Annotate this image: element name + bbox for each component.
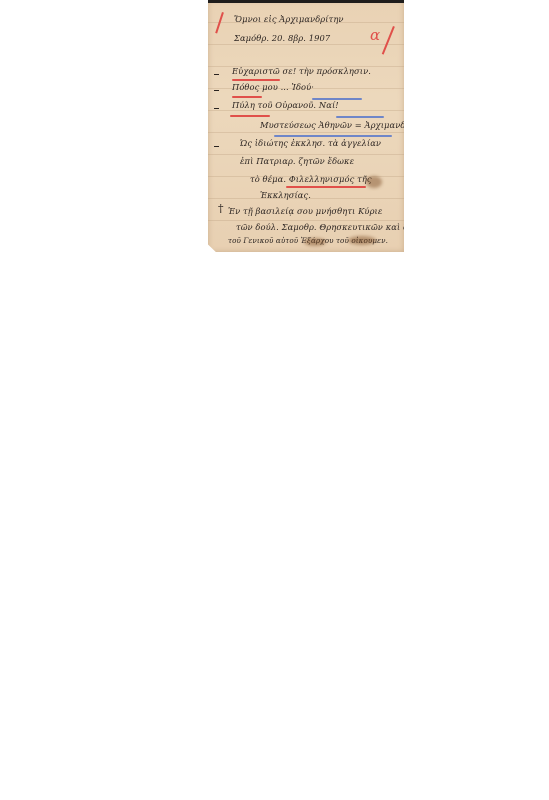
blue-underline bbox=[336, 116, 384, 118]
red-underline bbox=[286, 186, 366, 188]
dash-bullet bbox=[214, 108, 219, 109]
paper-rule bbox=[208, 154, 404, 155]
cross-symbol: † bbox=[218, 202, 224, 215]
text-line-7: Ὡς ἰδιώτης ἐκκλησ. τὰ ἀγγελίαν bbox=[240, 138, 381, 148]
red-underline bbox=[232, 96, 262, 98]
text-line-10: Ἐκκλησίας. bbox=[260, 190, 311, 200]
ink-stain bbox=[304, 238, 326, 246]
dash-bullet bbox=[214, 146, 219, 147]
red-underline bbox=[232, 79, 280, 81]
dash-bullet bbox=[214, 90, 219, 91]
text-line-6: Μυστεύσεως Ἀθηνῶν = Ἀρχιμανδρ.! bbox=[260, 120, 404, 130]
text-line-3: Εὐχαριστῶ σε! τὴν πρόσκλησιν. bbox=[232, 66, 371, 76]
text-line-2: Σαμόθρ. 20. 8βρ. 1907 bbox=[234, 33, 330, 43]
scan-edge-bar bbox=[208, 0, 404, 3]
text-line-12: τῶν δούλ. Σαμοθρ. Θρησκευτικῶν καὶ ζωῆς bbox=[236, 222, 404, 232]
scanned-handwritten-document: α Ὅμνοι εἰς Ἀρχιμανδρίτην Σαμόθρ. 20. 8β… bbox=[208, 0, 404, 252]
ink-stain bbox=[366, 176, 382, 188]
page-canvas: α Ὅμνοι εἰς Ἀρχιμανδρίτην Σαμόθρ. 20. 8β… bbox=[0, 0, 549, 800]
text-line-4: Πόθος μου ... Ἰδού· bbox=[232, 82, 314, 92]
dash-bullet bbox=[214, 74, 219, 75]
text-line-11: Ἐν τῇ βασιλείᾳ σου μνήσθητι Κύριε bbox=[228, 206, 382, 216]
text-line-5: Πύλη τοῦ Οὐρανοῦ. Ναί! bbox=[232, 100, 339, 110]
text-line-9: τὸ θέμα. Φιλελληνισμός τῆς bbox=[250, 174, 372, 184]
paper-rule bbox=[208, 110, 404, 111]
text-line-8: ἐπὶ Πατριαρ. ζητῶν ἔδωκε bbox=[240, 156, 354, 166]
paper-rule bbox=[208, 220, 404, 221]
blue-underline bbox=[274, 135, 392, 137]
red-margin-mark bbox=[382, 26, 395, 55]
red-underline bbox=[230, 115, 270, 117]
text-line-1: Ὅμνοι εἰς Ἀρχιμανδρίτην bbox=[234, 14, 344, 24]
paper-rule bbox=[208, 132, 404, 133]
folio-mark: α bbox=[370, 26, 380, 44]
ink-stain bbox=[348, 236, 376, 245]
paper-rule bbox=[208, 44, 404, 45]
